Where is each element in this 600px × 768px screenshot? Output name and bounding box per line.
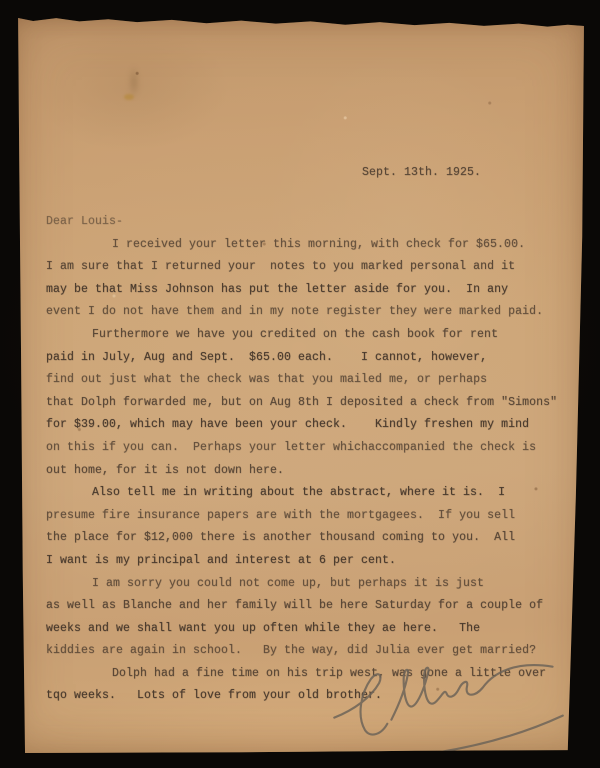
letter-line: weeks and we shall want you up often whi… bbox=[46, 618, 568, 641]
letter-line: may be that Miss Johnson has put the let… bbox=[46, 279, 568, 302]
salutation: Dear Louis- bbox=[46, 211, 568, 234]
letter-line: I am sure that I returned your notes to … bbox=[46, 256, 568, 279]
letter-line: I want is my principal and interest at 6… bbox=[46, 550, 568, 573]
letter-line: the place for $12,000 there is another t… bbox=[46, 527, 568, 550]
letter-line: Furthermore we have you credited on the … bbox=[46, 324, 568, 347]
letter-line: out home, for it is not down here. bbox=[46, 460, 568, 483]
photo-background: Sept. 13th. 1925. Dear Louis- I received… bbox=[0, 0, 600, 768]
letter-page: Sept. 13th. 1925. Dear Louis- I received… bbox=[10, 14, 588, 756]
letter-line: paid in July, Aug and Sept. $65.00 each.… bbox=[46, 347, 568, 370]
letter-line: Also tell me in writing about the abstra… bbox=[46, 482, 568, 505]
letter-line: that Dolph forwarded me, but on Aug 8th … bbox=[46, 392, 568, 415]
letter-line: as well as Blanche and her family will b… bbox=[46, 595, 568, 618]
letter-line: for $39.00, which may have been your che… bbox=[46, 414, 568, 437]
letter-line: I am sorry you could not come up, but pe… bbox=[46, 573, 568, 596]
letter-date: Sept. 13th. 1925. bbox=[362, 166, 481, 179]
letter-line: event I do not have them and in my note … bbox=[46, 301, 568, 324]
letter-line: I received your letter this morning, wit… bbox=[46, 234, 568, 257]
letter-line: on this if you can. Perhaps your letter … bbox=[46, 437, 568, 460]
letter-body: Dear Louis- I received your letter this … bbox=[46, 211, 568, 708]
signature-handwriting bbox=[320, 654, 575, 766]
paper-stain-speck bbox=[124, 94, 134, 100]
letter-line: presume fire insurance papers are with t… bbox=[46, 505, 568, 528]
letter-line: find out just what the check was that yo… bbox=[46, 369, 568, 392]
